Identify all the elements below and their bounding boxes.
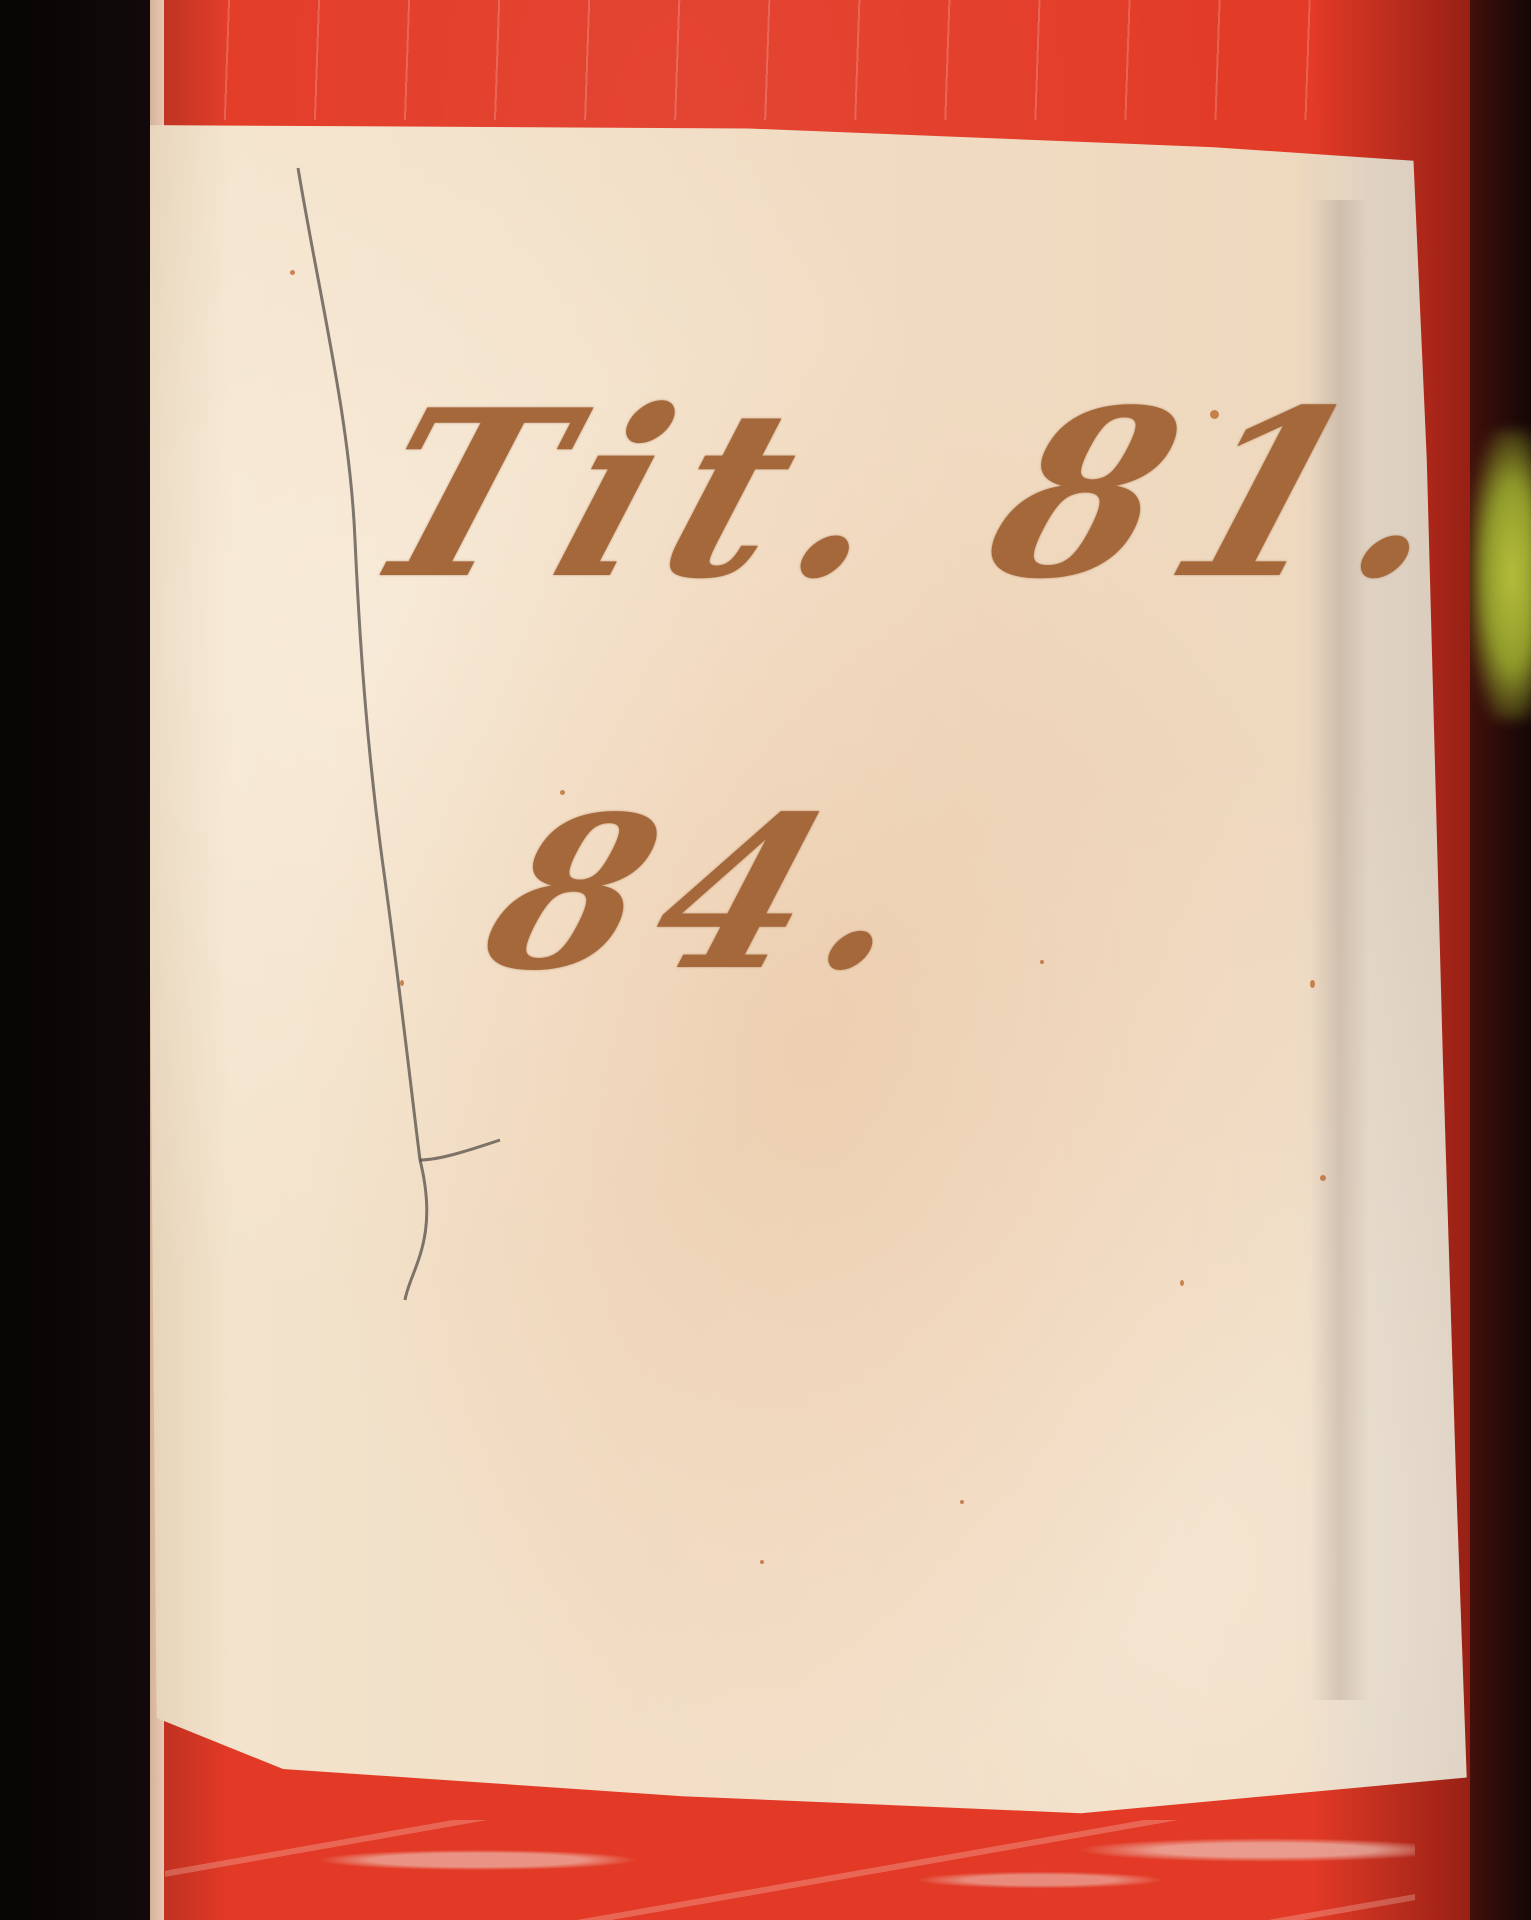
dark-background (0, 0, 150, 1920)
spine-wear-bottom (165, 1820, 1415, 1920)
green-ribbon (1470, 430, 1531, 720)
photo-scene: Tit. 81. 84. (0, 0, 1531, 1920)
label-volume-number: 84. (460, 770, 966, 1017)
spine-wear-top (190, 0, 1390, 120)
label-title-number: Tit. 81. (336, 360, 1509, 630)
